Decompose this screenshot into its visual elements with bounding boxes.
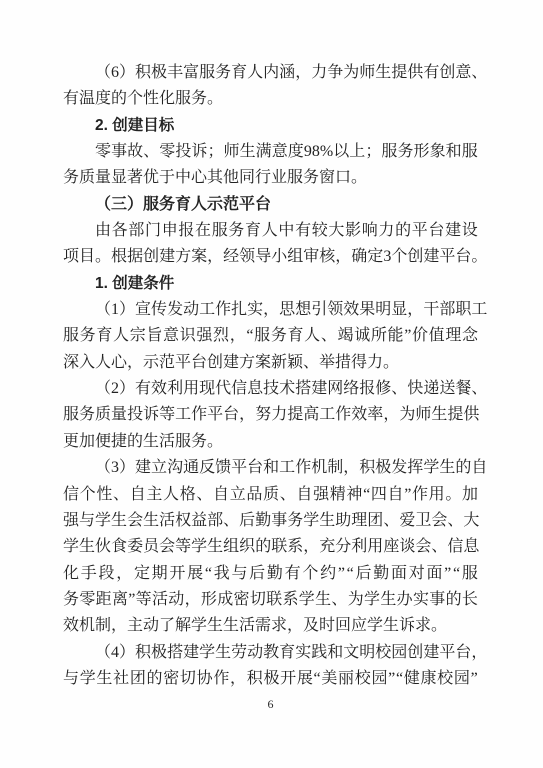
text-token: 3	[111, 455, 119, 481]
text-token: 会	[127, 508, 143, 534]
text-line: （4）积极搭建学生劳动教育实践和文明校园创建平台，	[63, 640, 478, 666]
text-token: 生	[111, 508, 127, 534]
text-token: 品	[246, 482, 262, 508]
text-token: 审	[303, 244, 319, 270]
text-token: 活	[152, 587, 168, 613]
text-token: 信	[447, 534, 463, 560]
text-token: 网	[327, 376, 343, 402]
text-token: 报	[359, 376, 375, 402]
text-token: 显	[391, 297, 407, 323]
text-token: 学	[80, 666, 96, 692]
text-token: 提	[391, 60, 407, 86]
text-token: 传	[151, 297, 167, 323]
text-token: “	[246, 323, 253, 349]
text-token: 对	[409, 561, 425, 587]
text-token: 面	[391, 561, 407, 587]
text-token: 联	[266, 587, 282, 613]
text-token: 力	[311, 60, 327, 86]
paragraph: （4）积极搭建学生劳动教育实践和文明校园创建平台，与学生社团的密切协作，积极开展…	[63, 640, 478, 693]
text-line: （2）有效利用现代信息技术搭建网络报修、快递送餐、	[63, 376, 478, 402]
text-token: 在	[195, 218, 211, 244]
text-token: 人	[113, 323, 129, 349]
text-token: 系	[287, 534, 303, 560]
text-token: 递	[423, 376, 439, 402]
text-token: 离	[112, 587, 128, 613]
text-token: 动	[247, 640, 263, 666]
page-number: 6	[63, 697, 478, 712]
text-token: 小	[271, 244, 287, 270]
text-token: 意	[163, 323, 179, 349]
text-token: （	[95, 640, 111, 666]
text-token: 搭	[167, 640, 183, 666]
text-token: 工	[471, 297, 487, 323]
text-token: 动	[183, 297, 199, 323]
text-token: 建	[423, 640, 439, 666]
text-token: 面	[426, 561, 442, 587]
text-token: 座	[383, 534, 399, 560]
text-token: 手	[81, 561, 97, 587]
text-token: （	[95, 297, 111, 323]
text-token: 领	[239, 244, 255, 270]
text-token: 事	[271, 508, 287, 534]
text-token: 立	[151, 455, 167, 481]
text-token: 有	[423, 60, 439, 86]
text-token: 满	[256, 139, 272, 165]
text-token: 强	[313, 482, 329, 508]
text-token: 意	[272, 139, 288, 165]
text-token: 意	[455, 60, 471, 86]
text-token: 4	[111, 640, 119, 666]
text-token: 修	[375, 376, 391, 402]
text-token: 平	[439, 244, 455, 270]
text-token: 校	[375, 640, 391, 666]
text-token: 健	[404, 666, 420, 692]
text-token: 由	[95, 218, 111, 244]
text-token: 较	[312, 218, 328, 244]
text-token: 成	[217, 587, 233, 613]
text-token: 目	[79, 244, 95, 270]
text-token: 项	[63, 244, 79, 270]
text-token: 有	[295, 218, 311, 244]
text-token: 、	[196, 482, 212, 508]
text-token: 、	[223, 508, 239, 534]
text-token: ，	[295, 60, 311, 86]
text-token: （	[95, 60, 111, 86]
text-token: 提	[447, 402, 463, 428]
text-token: 利	[167, 376, 183, 402]
text-token: 组	[223, 534, 239, 560]
text-token: 率	[367, 402, 383, 428]
text-token: 、	[331, 587, 347, 613]
heading-sub: 1. 创建条件	[63, 271, 478, 297]
text-line: 学生伙食委员会等学生组织的联系，充分利用座谈会、信息	[63, 534, 478, 560]
text-token: 台	[428, 218, 444, 244]
text-token: 定	[134, 561, 150, 587]
text-token: 师	[224, 139, 240, 165]
text-token: 用	[183, 376, 199, 402]
text-token: 谈	[399, 534, 415, 560]
text-token: 学	[303, 508, 319, 534]
text-token: 餐	[455, 376, 471, 402]
text-token: 诚	[354, 323, 370, 349]
text-token: 通	[183, 455, 199, 481]
text-token: ，	[185, 587, 201, 613]
text-token: 康	[420, 666, 436, 692]
text-token: ）	[119, 297, 135, 323]
text-token: 各	[112, 218, 128, 244]
text-token: 等	[136, 587, 152, 613]
text-token: 、	[471, 60, 487, 86]
text-token: ）	[119, 60, 135, 86]
text-token: 报	[178, 218, 194, 244]
text-token: 建	[311, 376, 327, 402]
text-token: 争	[327, 60, 343, 86]
text-token: 利	[351, 534, 367, 560]
text-token: 个	[391, 244, 407, 270]
text-token: 工	[319, 402, 335, 428]
text-token: 个	[302, 561, 318, 587]
text-token: 学	[299, 587, 315, 613]
text-token: 和	[446, 139, 462, 165]
paragraph: 零事故、零投诉；师生满意度98%以上；服务形象和服务质量显著优于中心其他同行业服…	[63, 139, 478, 192]
text-token: 生	[240, 139, 256, 165]
text-token: 卫	[415, 508, 431, 534]
text-token: 理	[351, 508, 367, 534]
text-line: 2. 创建目标	[63, 113, 478, 139]
text-line: 效机制，主动了解学生生活需求，及时回应学生诉求。	[63, 613, 478, 639]
text-token: 工	[199, 297, 215, 323]
text-token: 象	[430, 139, 446, 165]
text-token: 努	[255, 402, 271, 428]
text-token: 师	[415, 402, 431, 428]
text-token: 供	[463, 402, 479, 428]
text-token: 积	[359, 455, 375, 481]
text-token: 上	[349, 139, 365, 165]
text-token: 创	[407, 244, 423, 270]
text-token: 服	[254, 323, 270, 349]
text-token: 送	[439, 376, 455, 402]
text-line: 化手段，定期开展“我与后勤有个约”“后勤面对面”“服	[63, 561, 478, 587]
text-token: 服	[462, 139, 478, 165]
text-token: 人	[163, 482, 179, 508]
text-token: 发	[391, 455, 407, 481]
text-token: 平	[207, 402, 223, 428]
text-token: 约	[320, 561, 336, 587]
text-token: 部	[439, 297, 455, 323]
text-token: 工	[175, 402, 191, 428]
text-token: 职	[455, 297, 471, 323]
text-token: 勤	[373, 561, 389, 587]
text-token: 领	[327, 297, 343, 323]
text-token: 校	[437, 666, 453, 692]
text-token: 思	[279, 297, 295, 323]
text-token: 建	[159, 244, 175, 270]
text-token: 务	[287, 508, 303, 534]
text-token: 生	[96, 666, 112, 692]
text-token: 践	[311, 640, 327, 666]
text-token: 快	[407, 376, 423, 402]
text-token: 联	[271, 534, 287, 560]
text-token: 务	[228, 218, 244, 244]
text-token: 人	[304, 323, 320, 349]
text-token: 与	[63, 666, 79, 692]
text-token: ，	[407, 297, 423, 323]
text-token: 搭	[295, 376, 311, 402]
text-token: 生	[207, 534, 223, 560]
text-token: 作	[295, 455, 311, 481]
text-token: 切	[180, 666, 196, 692]
text-token: 力	[271, 402, 287, 428]
text-token: 生	[375, 60, 391, 86]
text-token: 分	[335, 534, 351, 560]
text-token: 距	[96, 587, 112, 613]
text-token: 。	[95, 244, 111, 270]
text-token: 价	[412, 323, 428, 349]
text-token: ，	[207, 244, 223, 270]
text-line: 强与学生会生活权益部、后勤事务学生助理团、爱卫会、大	[63, 508, 478, 534]
text-token: 校	[355, 666, 371, 692]
text-token: 师	[359, 60, 375, 86]
text-token: 后	[249, 561, 265, 587]
text-token: 极	[375, 455, 391, 481]
text-token: 烈	[213, 323, 229, 349]
text-token: 引	[311, 297, 327, 323]
text-token: 投	[127, 402, 143, 428]
text-token: 平	[231, 455, 247, 481]
text-token: 、	[391, 376, 407, 402]
text-token: 、	[113, 482, 129, 508]
text-token: 自	[296, 482, 312, 508]
text-token: 织	[239, 534, 255, 560]
text-token: 为	[343, 60, 359, 86]
text-token: “	[453, 561, 460, 587]
text-token: 建	[445, 218, 461, 244]
text-token: 学	[95, 508, 111, 534]
text-token: 信	[231, 376, 247, 402]
text-token: 开	[280, 666, 296, 692]
text-token: 自	[130, 482, 146, 508]
text-token: 。	[445, 482, 461, 508]
text-token: 工	[279, 455, 295, 481]
text-token: 的	[455, 455, 471, 481]
text-token: 切	[250, 587, 266, 613]
text-token: （	[95, 455, 111, 481]
text-token: 极	[263, 666, 279, 692]
text-token: 展	[187, 561, 203, 587]
text-token: 想	[295, 297, 311, 323]
text-token: 的	[147, 666, 163, 692]
paragraph: （6）积极丰富服务育人内涵，力争为师生提供有创意、有温度的个性化服务。	[63, 60, 478, 113]
text-token: 干	[423, 297, 439, 323]
text-token: 建	[135, 455, 151, 481]
text-token: 能	[388, 323, 404, 349]
text-line: 服务育人宗旨意识强烈，“服务育人、竭诚所能”价值理念	[63, 323, 478, 349]
text-token: 实	[247, 297, 263, 323]
text-token: 加	[462, 482, 478, 508]
text-token: 98%	[304, 139, 333, 165]
text-token: 部	[207, 508, 223, 534]
text-token: 生	[319, 508, 335, 534]
text-token: 务	[271, 323, 287, 349]
text-token: “	[314, 666, 321, 692]
text-token: 台	[455, 640, 471, 666]
text-token: 事	[111, 139, 127, 165]
text-token: 主	[146, 482, 162, 508]
text-token: 等	[175, 534, 191, 560]
text-token: 务	[397, 139, 413, 165]
text-token: 等	[159, 402, 175, 428]
text-token: 益	[191, 508, 207, 534]
text-token: 我	[214, 561, 230, 587]
text-token: 根	[111, 244, 127, 270]
text-token: 生	[431, 402, 447, 428]
paragraph-list: （6）积极丰富服务育人内涵，力争为师生提供有创意、有温度的个性化服务。2. 创建…	[63, 60, 478, 692]
text-token: 值	[429, 323, 445, 349]
text-line: 更加便捷的生活服务。	[63, 429, 478, 455]
text-token: 育	[96, 323, 112, 349]
text-token: 果	[359, 297, 375, 323]
text-token: 定	[367, 244, 383, 270]
text-token: 与	[231, 561, 247, 587]
text-token: ，	[383, 402, 399, 428]
text-token: 念	[462, 323, 478, 349]
text-line: 由各部门申报在服务育人中有较大影响力的平台建设	[63, 218, 478, 244]
text-line: 务零距离”等活动，形成密切联系学生、为学生办实事的长	[63, 587, 478, 613]
text-token: 形	[414, 139, 430, 165]
text-token: ，	[116, 561, 132, 587]
text-token: 申	[162, 218, 178, 244]
text-token: 、	[280, 482, 296, 508]
text-token: 员	[143, 534, 159, 560]
text-token: 展	[297, 666, 313, 692]
text-token: 会	[431, 508, 447, 534]
text-token: 丽	[338, 666, 354, 692]
text-token: 极	[151, 60, 167, 86]
text-token: 学	[199, 640, 215, 666]
text-token: 3	[383, 244, 391, 270]
text-token: 权	[175, 508, 191, 534]
text-token: 会	[159, 534, 175, 560]
text-token: 化	[63, 561, 79, 587]
text-token: 伙	[95, 534, 111, 560]
text-token: 建	[423, 244, 439, 270]
text-token: 务	[215, 60, 231, 86]
text-token: 文	[343, 640, 359, 666]
text-token: 用	[429, 482, 445, 508]
text-token: 作	[215, 297, 231, 323]
text-token: 服	[212, 218, 228, 244]
text-token: 服	[63, 323, 79, 349]
text-token: 生	[143, 508, 159, 534]
text-token: 富	[183, 60, 199, 86]
text-token: 组	[287, 244, 303, 270]
text-token: 密	[234, 587, 250, 613]
text-token: 有	[285, 561, 301, 587]
text-token: 长	[462, 587, 478, 613]
text-token: 人	[262, 218, 278, 244]
text-line: 项目。根据创建方案，经领导小组审核，确定3个创建平台。	[63, 244, 478, 270]
text-token: 1	[111, 297, 119, 323]
text-token: 大	[328, 218, 344, 244]
text-token: 动	[168, 587, 184, 613]
text-token: 积	[247, 666, 263, 692]
text-token: 后	[239, 508, 255, 534]
text-token: 诉	[143, 402, 159, 428]
text-token: 质	[263, 482, 279, 508]
text-token: 平	[412, 218, 428, 244]
text-token: 作	[335, 402, 351, 428]
text-token: 零	[159, 139, 175, 165]
text-token: 社	[113, 666, 129, 692]
text-token: 和	[327, 640, 343, 666]
text-token: 育	[279, 640, 295, 666]
text-token: 据	[127, 244, 143, 270]
text-token: 团	[130, 666, 146, 692]
text-token: 影	[345, 218, 361, 244]
text-token: 个	[80, 482, 96, 508]
text-token: 案	[191, 244, 207, 270]
text-token: 、	[431, 534, 447, 560]
text-token: 服	[63, 402, 79, 428]
text-token: 力	[378, 218, 394, 244]
text-token: 格	[180, 482, 196, 508]
text-token: 学	[423, 455, 439, 481]
text-token: 投	[175, 139, 191, 165]
text-token: 生	[380, 587, 396, 613]
text-token: 办	[397, 587, 413, 613]
text-token: 段	[98, 561, 114, 587]
text-token: 经	[223, 244, 239, 270]
text-token: 生	[79, 534, 95, 560]
text-token: 术	[279, 376, 295, 402]
text-token: 用	[367, 534, 383, 560]
text-token: 的	[395, 218, 411, 244]
text-token: 6	[111, 60, 119, 86]
text-token: 核	[319, 244, 335, 270]
text-token: 设	[462, 218, 478, 244]
text-token: 育	[288, 323, 304, 349]
text-token: 与	[79, 508, 95, 534]
text-token: 扎	[231, 297, 247, 323]
text-token: 、	[447, 508, 463, 534]
text-token: ”	[388, 666, 395, 692]
text-token: ）	[119, 376, 135, 402]
text-token: ，	[263, 297, 279, 323]
paragraph: （2）有效利用现代信息技术搭建网络报修、快递送餐、服务质量投诉等工作平台，努力提…	[63, 376, 478, 455]
text-token: 创	[439, 60, 455, 86]
text-token: 创	[407, 640, 423, 666]
text-token: ”	[404, 482, 411, 508]
text-token: ；	[207, 139, 223, 165]
text-token: 园	[391, 640, 407, 666]
text-token: 后	[356, 561, 372, 587]
heading-sub: 2. 创建目标	[63, 113, 478, 139]
text-token: 所	[371, 323, 387, 349]
text-token: 极	[151, 640, 167, 666]
text-token: 零	[79, 587, 95, 613]
text-token: 学	[364, 587, 380, 613]
text-token: 故	[127, 139, 143, 165]
text-token: ”	[471, 666, 478, 692]
text-token: 识	[180, 323, 196, 349]
text-token: 四	[371, 482, 387, 508]
text-token: 中	[278, 218, 294, 244]
text-token: （	[95, 376, 111, 402]
text-line: （3）建立沟通反馈平台和工作机制，积极发挥学生的自	[63, 455, 478, 481]
text-token: 实	[295, 640, 311, 666]
text-line: 1. 创建条件	[63, 271, 478, 297]
text-token: 学	[63, 534, 79, 560]
